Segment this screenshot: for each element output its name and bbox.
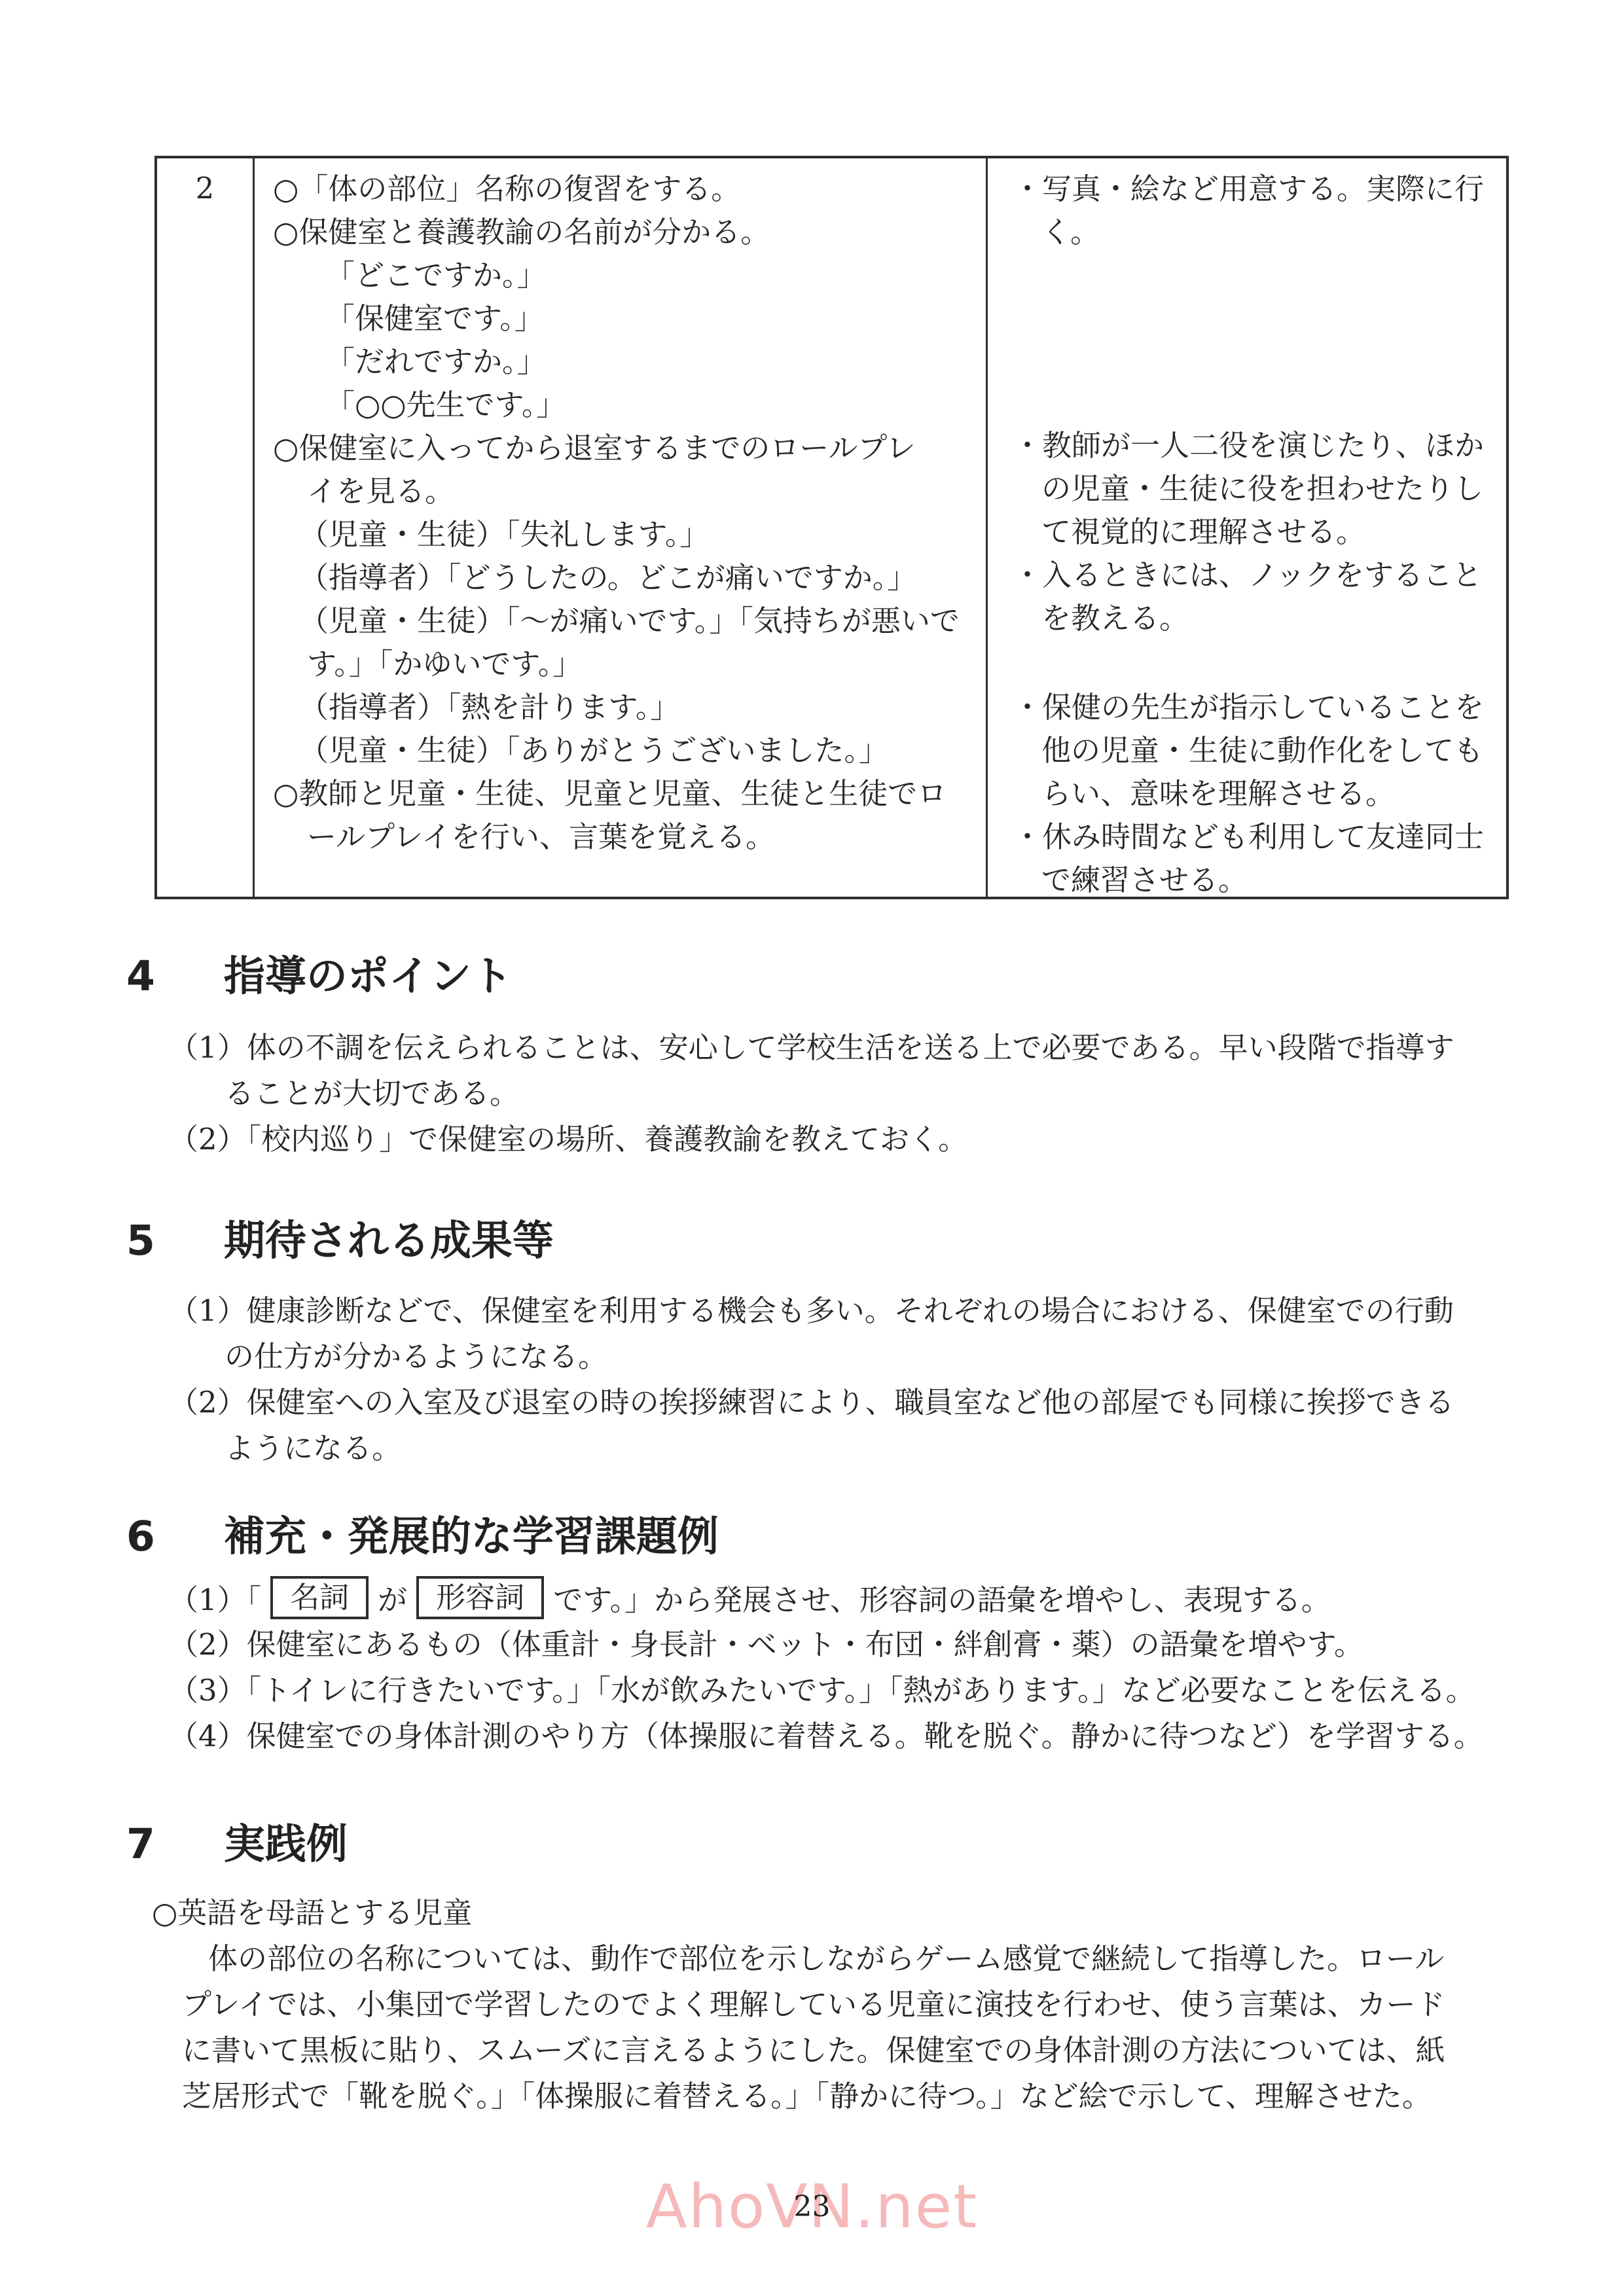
activity-line: （指導者）「どうしたの。どこが痛いですか。」 — [273, 556, 979, 600]
note-block: ・保健の先生が指示していることを 他の児童・生徒に動作化をしても らい、意味を理… — [1013, 686, 1500, 816]
section-4-heading: 4 指導のポイント — [126, 950, 513, 1003]
body-line: ることが大切である。 — [169, 1071, 1530, 1117]
lesson-plan-table: 2 ○「体の部位」名称の復習をする。 ○保健室と養護教諭の名前が分かる。 「どこ… — [154, 156, 1509, 899]
section-4-body: （1）体の不調を伝えられることは、安心して学校生活を送る上で必要である。早い段階… — [169, 1025, 1530, 1162]
body-line: （1）健康診断などで、保健室を利用する機会も多い。それぞれの場合における、保健室… — [169, 1288, 1530, 1334]
activity-line: 「○○先生です。」 — [273, 384, 979, 427]
body-line: の仕方が分かるようになる。 — [169, 1334, 1530, 1380]
body-line-with-boxes: （1）「名詞が形容詞です。」から発展させ、形容詞の語彙を増やし、表現する。 — [169, 1576, 1530, 1622]
body-line: 芝居形式で「靴を脱ぐ。」「体操服に着替える。」「静かに待つ。」など絵で示して、理… — [152, 2073, 1513, 2119]
activity-line: ○保健室に入ってから退室するまでのロールプレ — [273, 427, 979, 470]
section-number: 7 — [126, 1818, 155, 1871]
section-7-heading: 7 実践例 — [126, 1818, 348, 1871]
table-cell-session-number: 2 — [157, 158, 255, 897]
session-number: 2 — [157, 169, 253, 208]
body-line: （1）体の不調を伝えられることは、安心して学校生活を送る上で必要である。早い段階… — [169, 1025, 1530, 1071]
body-line: （2）保健室にあるもの（体重計・身長計・ベット・布団・絆創膏・薬）の語彙を増やす… — [169, 1622, 1530, 1668]
activity-line: ○教師と児童・生徒、児童と児童、生徒と生徒でロ — [273, 772, 979, 816]
note-line: く。 — [1013, 211, 1500, 254]
table-cell-activities: ○「体の部位」名称の復習をする。 ○保健室と養護教諭の名前が分かる。 「どこです… — [255, 158, 988, 897]
activity-line: （指導者）「熱を計ります。」 — [273, 686, 979, 729]
note-line: を教える。 — [1013, 597, 1500, 640]
note-block: ・写真・絵など用意する。実際に行 く。 — [1013, 168, 1500, 254]
note-line: ・教師が一人二役を演じたり、ほか — [1013, 424, 1500, 467]
page-number: 23 — [0, 2190, 1624, 2223]
body-line: （2）「校内巡り」で保健室の場所、養護教諭を教えておく。 — [169, 1117, 1530, 1162]
note-line: ・入るときには、ノックをすること — [1013, 554, 1500, 597]
body-line: ようになる。 — [169, 1426, 1530, 1471]
section-title: 期待される成果等 — [224, 1215, 554, 1267]
document-page: 2 ○「体の部位」名称の復習をする。 ○保健室と養護教諭の名前が分かる。 「どこ… — [0, 0, 1624, 2296]
section-title: 指導のポイント — [224, 950, 513, 1003]
body-line: （2）保健室への入室及び退室の時の挨拶練習により、職員室など他の部屋でも同様に挨… — [169, 1380, 1530, 1426]
activity-line: ○「体の部位」名称の復習をする。 — [273, 168, 979, 211]
table-cell-notes: ・写真・絵など用意する。実際に行 く。 ・教師が一人二役を演じたり、ほか の児童… — [988, 158, 1506, 897]
line-text: （1）「 — [169, 1583, 261, 1617]
section-title: 補充・発展的な学習課題例 — [224, 1511, 719, 1563]
note-line: で練習させる。 — [1013, 859, 1500, 902]
activity-line: イを見る。 — [273, 470, 979, 513]
section-number: 4 — [126, 950, 155, 1003]
body-line: に書いて黒板に貼り、スムーズに言えるようにした。保健室での身体計測の方法について… — [152, 2028, 1513, 2073]
activity-line: （児童・生徒）「ありがとうございました。」 — [273, 729, 979, 772]
note-line: の児童・生徒に役を担わせたりし — [1013, 467, 1500, 511]
body-line: （4）保健室での身体計測のやり方（体操服に着替える。靴を脱ぐ。静かに待つなど）を… — [169, 1713, 1530, 1759]
section-5-body: （1）健康診断などで、保健室を利用する機会も多い。それぞれの場合における、保健室… — [169, 1288, 1530, 1471]
note-line: 他の児童・生徒に動作化をしても — [1013, 729, 1500, 772]
note-line: ・写真・絵など用意する。実際に行 — [1013, 168, 1500, 211]
activity-line: 「どこですか。」 — [273, 254, 979, 297]
section-6-body: （1）「名詞が形容詞です。」から発展させ、形容詞の語彙を増やし、表現する。 （2… — [169, 1576, 1530, 1759]
practice-lead-line: ○英語を母語とする児童 — [152, 1890, 1513, 1936]
section-number: 6 — [126, 1511, 155, 1563]
note-line: て視覚的に理解させる。 — [1013, 511, 1500, 554]
note-block: ・教師が一人二役を演じたり、ほか の児童・生徒に役を担わせたりし て視覚的に理解… — [1013, 424, 1500, 554]
note-line: ・休み時間なども利用して友達同士 — [1013, 816, 1500, 859]
section-number: 5 — [126, 1215, 155, 1267]
activity-line: 「だれですか。」 — [273, 340, 979, 384]
section-7-body: ○英語を母語とする児童 体の部位の名称については、動作で部位を示しながらゲーム感… — [152, 1890, 1513, 2119]
line-text: が — [378, 1583, 407, 1617]
line-text: です。」から発展させ、形容詞の語彙を増やし、表現する。 — [553, 1583, 1331, 1617]
note-line: ・保健の先生が指示していることを — [1013, 686, 1500, 729]
section-5-heading: 5 期待される成果等 — [126, 1215, 554, 1267]
note-block: ・入るときには、ノックをすること を教える。 — [1013, 554, 1500, 640]
body-line: （3）「トイレに行きたいです。」「水が飲みたいです。」「熱があります。」など必要… — [169, 1668, 1530, 1713]
activity-line: ○保健室と養護教諭の名前が分かる。 — [273, 211, 979, 254]
noun-term-box: 名詞 — [270, 1576, 369, 1619]
section-title: 実践例 — [224, 1818, 348, 1871]
section-6-heading: 6 補充・発展的な学習課題例 — [126, 1511, 719, 1563]
activity-line: す。」「かゆいです。」 — [273, 643, 979, 686]
activity-line: 「保健室です。」 — [273, 297, 979, 340]
body-line: 体の部位の名称については、動作で部位を示しながらゲーム感覚で継続して指導した。ロ… — [152, 1936, 1513, 1982]
note-line: らい、意味を理解させる。 — [1013, 772, 1500, 816]
adjective-term-box: 形容詞 — [416, 1576, 544, 1619]
note-block: ・休み時間なども利用して友達同士 で練習させる。 — [1013, 816, 1500, 902]
body-line: プレイでは、小集団で学習したのでよく理解している児童に演技を行わせ、使う言葉は、… — [152, 1982, 1513, 2028]
activity-line: （児童・生徒）「～が痛いです。」「気持ちが悪いで — [273, 600, 979, 643]
activity-line: ールプレイを行い、言葉を覚える。 — [273, 816, 979, 859]
activity-line: （児童・生徒）「失礼します。」 — [273, 513, 979, 556]
